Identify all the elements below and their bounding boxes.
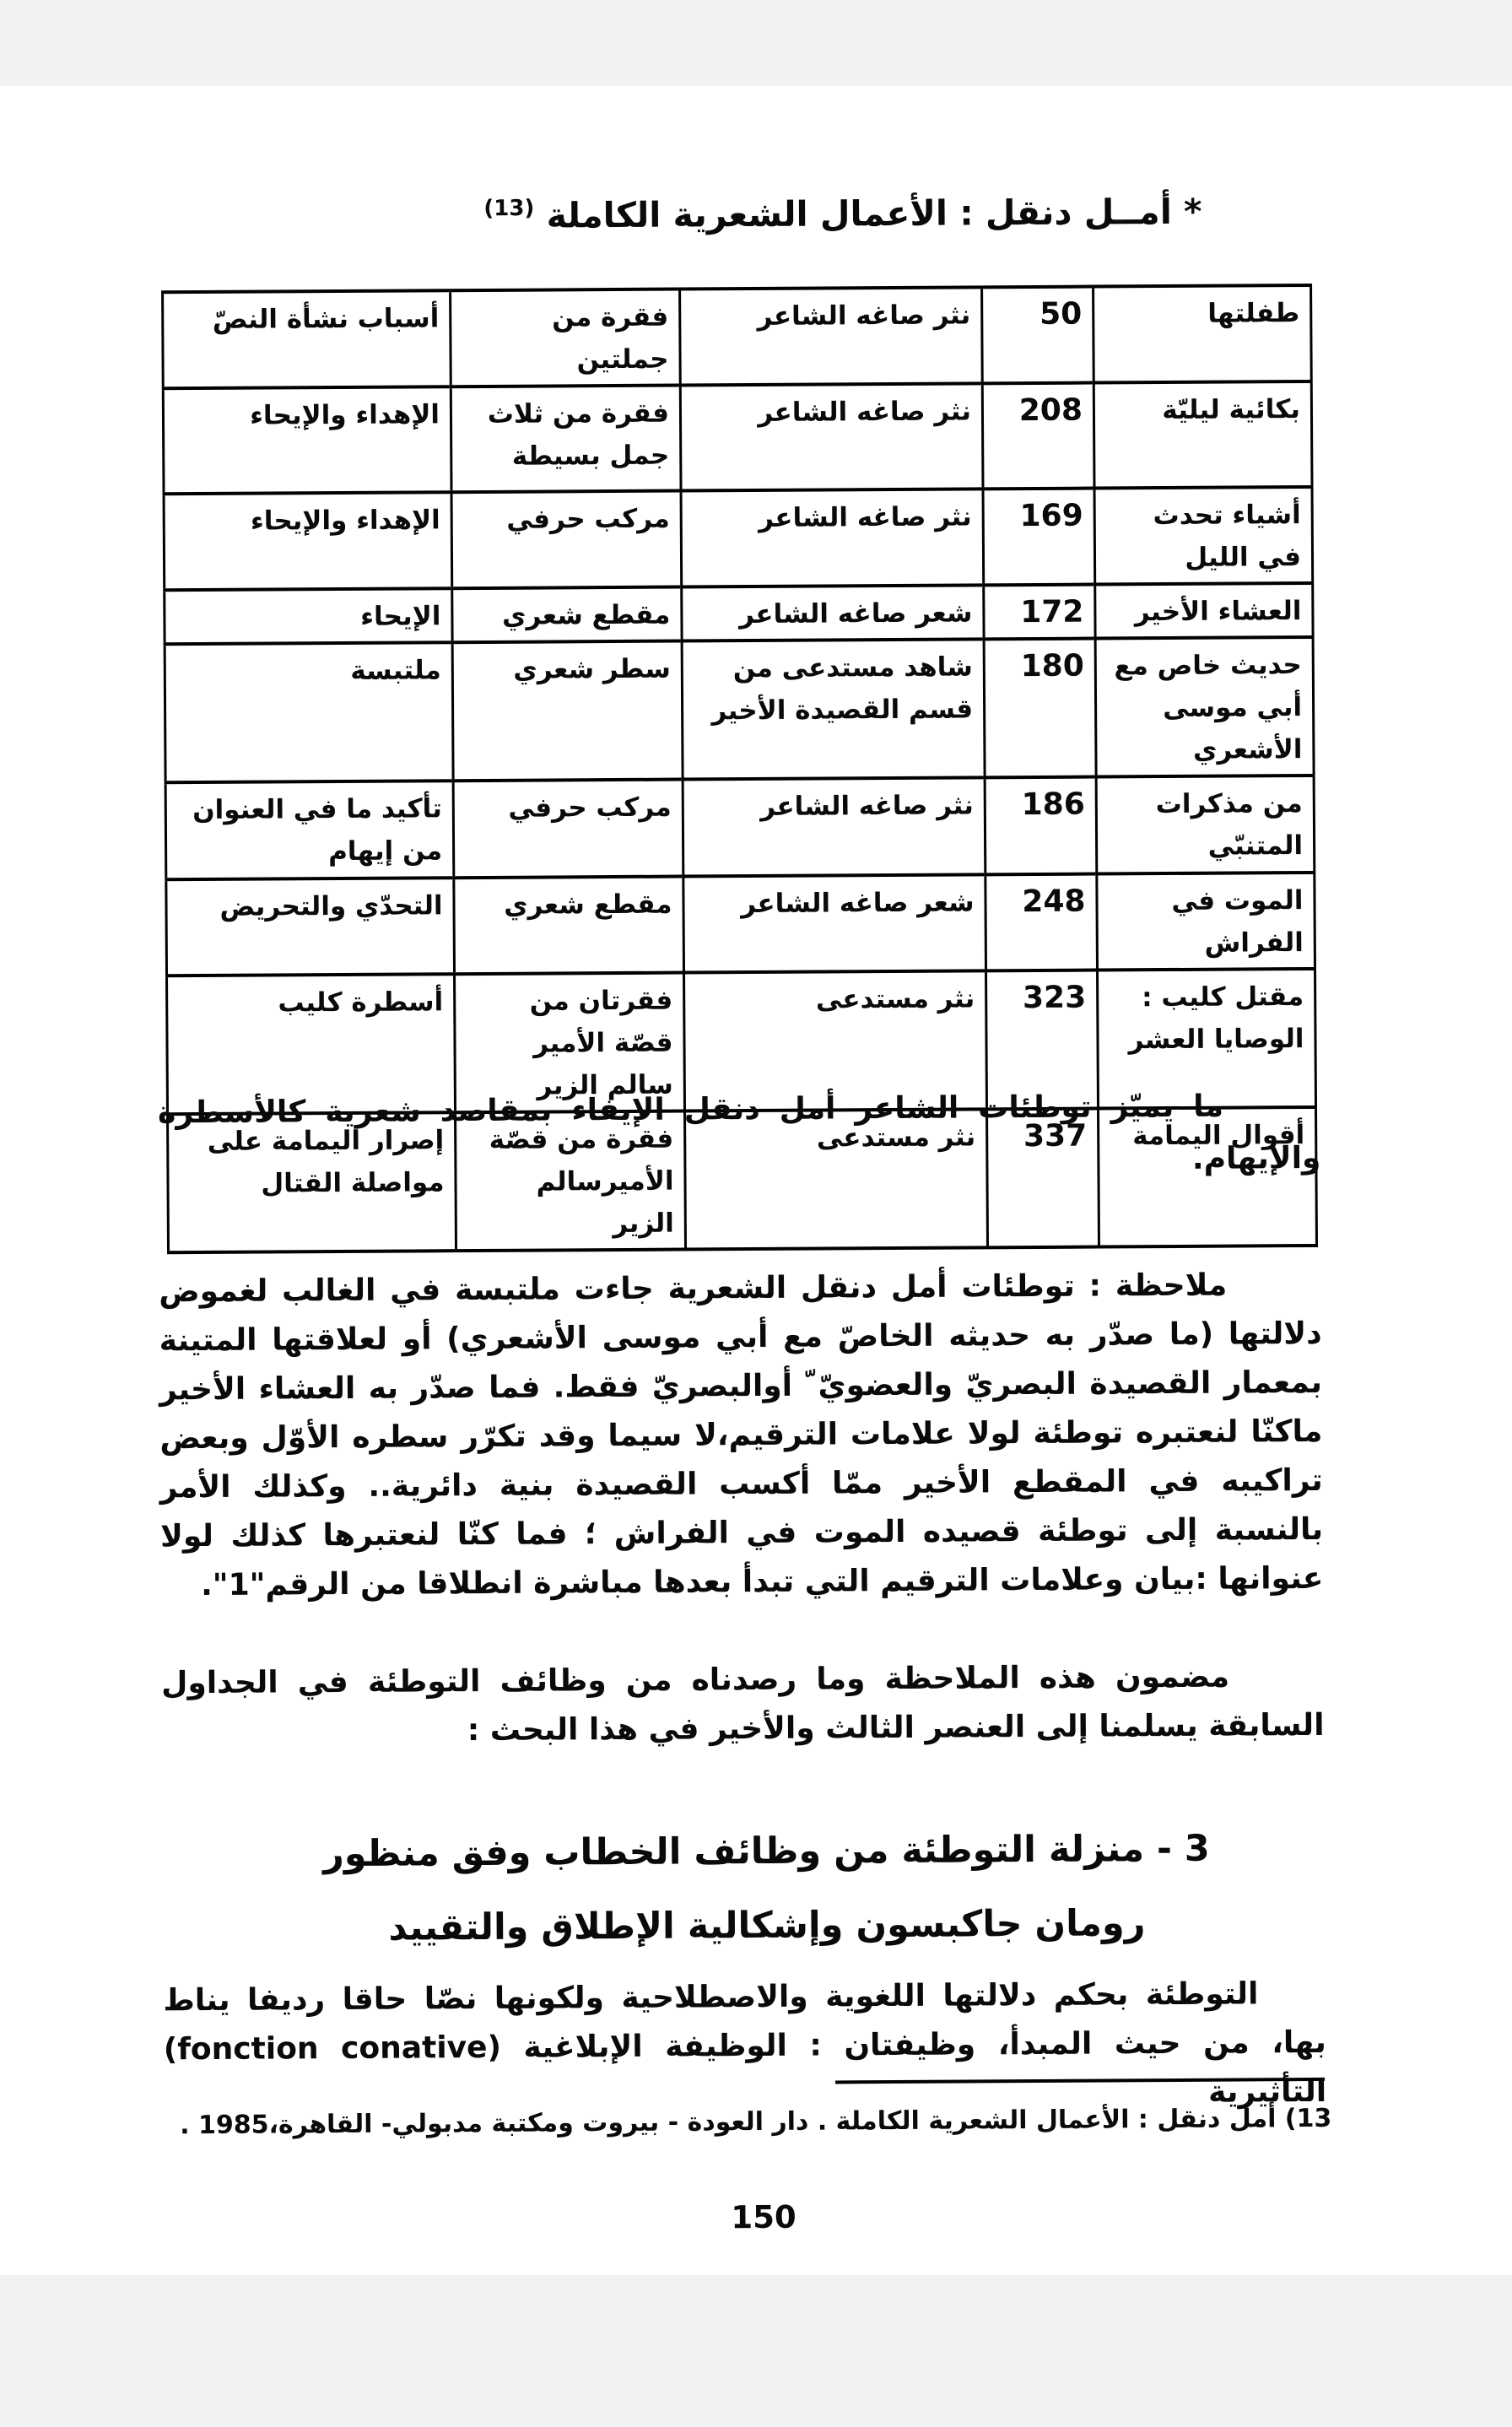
cell-form: نثر صاغه الشاعر	[680, 287, 983, 385]
cell-poem-title: طفلتها	[1093, 285, 1312, 383]
section-heading: 3 - منزلة التوطئة من وظائف الخطاب وفق من…	[268, 1811, 1265, 1965]
cell-structure: مركب حرفي	[453, 780, 683, 878]
cell-form: شعر صاغه الشاعر	[682, 585, 984, 641]
cell-form: نثر صاغه الشاعر	[680, 383, 983, 490]
cell-poem-title: بكائية ليليّة	[1093, 381, 1312, 489]
table-row: أشياء تحدث في الليل 169 نثر صاغه الشاعر …	[164, 487, 1313, 590]
cell-page-number: 186	[985, 777, 1097, 875]
cell-function: الإهداء والإيحاء	[164, 492, 452, 590]
cell-structure: مقطع شعري	[454, 877, 684, 975]
cell-function: الإيحاء	[165, 588, 452, 644]
cell-function: الإهداء والإيحاء	[163, 386, 451, 494]
cell-poem-title: الموت في الفراش	[1097, 873, 1315, 970]
cell-page-number: 180	[984, 639, 1096, 778]
cell-structure: مركب حرفي	[451, 491, 682, 589]
cell-form: شاهد مستدعى من قسم القصيدة الأخير	[682, 639, 985, 779]
cell-function: التحدّي والتحريض	[166, 878, 455, 976]
table-row: العشاء الأخير 172 شعر صاغه الشاعر مقطع ش…	[165, 583, 1313, 644]
scanned-page: * أمــل دنقل : الأعمال الشعرية الكاملة (…	[0, 0, 1512, 2427]
footnote: 13) أمل دنقل : الأعمال الشعرية الكاملة .…	[167, 2100, 1331, 2145]
cell-poem-title: أشياء تحدث في الليل	[1094, 487, 1313, 585]
cell-poem-title: العشاء الأخير	[1095, 583, 1313, 639]
cell-poem-title: من مذكرات المتنبّي	[1096, 776, 1315, 874]
note-text: توطئات أمل دنقل الشعرية جاءت ملتبسة في ا…	[159, 1269, 1323, 1603]
cell-page-number: 208	[982, 383, 1094, 489]
cell-page-number: 169	[983, 489, 1095, 586]
cell-form: شعر صاغه الشاعر	[683, 874, 986, 972]
cell-form: نثر صاغه الشاعر	[681, 489, 984, 586]
cell-page-number: 50	[982, 287, 1094, 384]
cell-form: نثر صاغه الشاعر	[683, 777, 985, 876]
cell-page-number: 172	[984, 585, 1095, 640]
page-number: 150	[8, 2194, 1512, 2240]
table-row: من مذكرات المتنبّي 186 نثر صاغه الشاعر م…	[165, 776, 1315, 879]
cell-structure: مقطع شعري	[452, 587, 682, 643]
document-title-text: * أمــل دنقل : الأعمال الشعرية الكاملة	[546, 192, 1201, 236]
cell-function: تأكيد ما في العنوان من إيهام	[165, 781, 454, 879]
table-row: بكائية ليليّة 208 نثر صاغه الشاعر فقرة م…	[163, 381, 1312, 494]
table-row: حديث خاص مع أبي موسى الأشعري 180 شاهد مس…	[165, 637, 1314, 782]
table-row: طفلتها 50 نثر صاغه الشاعر فقرة من جملتين…	[163, 285, 1312, 388]
cell-page-number: 248	[985, 874, 1098, 971]
title-footnote-ref: (13)	[483, 196, 534, 221]
cell-poem-title: حديث خاص مع أبي موسى الأشعري	[1095, 637, 1314, 777]
table-row: الموت في الفراش 248 شعر صاغه الشاعر مقطع…	[166, 873, 1315, 976]
note-label: ملاحظة :	[1088, 1268, 1227, 1304]
cell-structure: سطر شعري	[452, 641, 683, 781]
cell-function: ملتبسة	[165, 642, 453, 782]
cell-function: أسباب نشأة النصّ	[163, 290, 451, 388]
note-paragraph: ملاحظة : توطئات أمل دنقل الشعرية جاءت مل…	[159, 1261, 1323, 1610]
document-title: * أمــل دنقل : الأعمال الشعرية الكاملة (…	[483, 192, 1201, 236]
cell-structure: فقرة من جملتين	[451, 289, 681, 387]
transition-paragraph: مضمون هذه الملاحظة وما رصدناه من وظائف ا…	[161, 1652, 1325, 1757]
cell-structure: فقرة من ثلاث جمل بسيطة	[451, 386, 681, 493]
paragraph-after-table: ما يميّز توطئات الشاعر أمل دنقل الإيفاء …	[158, 1080, 1321, 1192]
